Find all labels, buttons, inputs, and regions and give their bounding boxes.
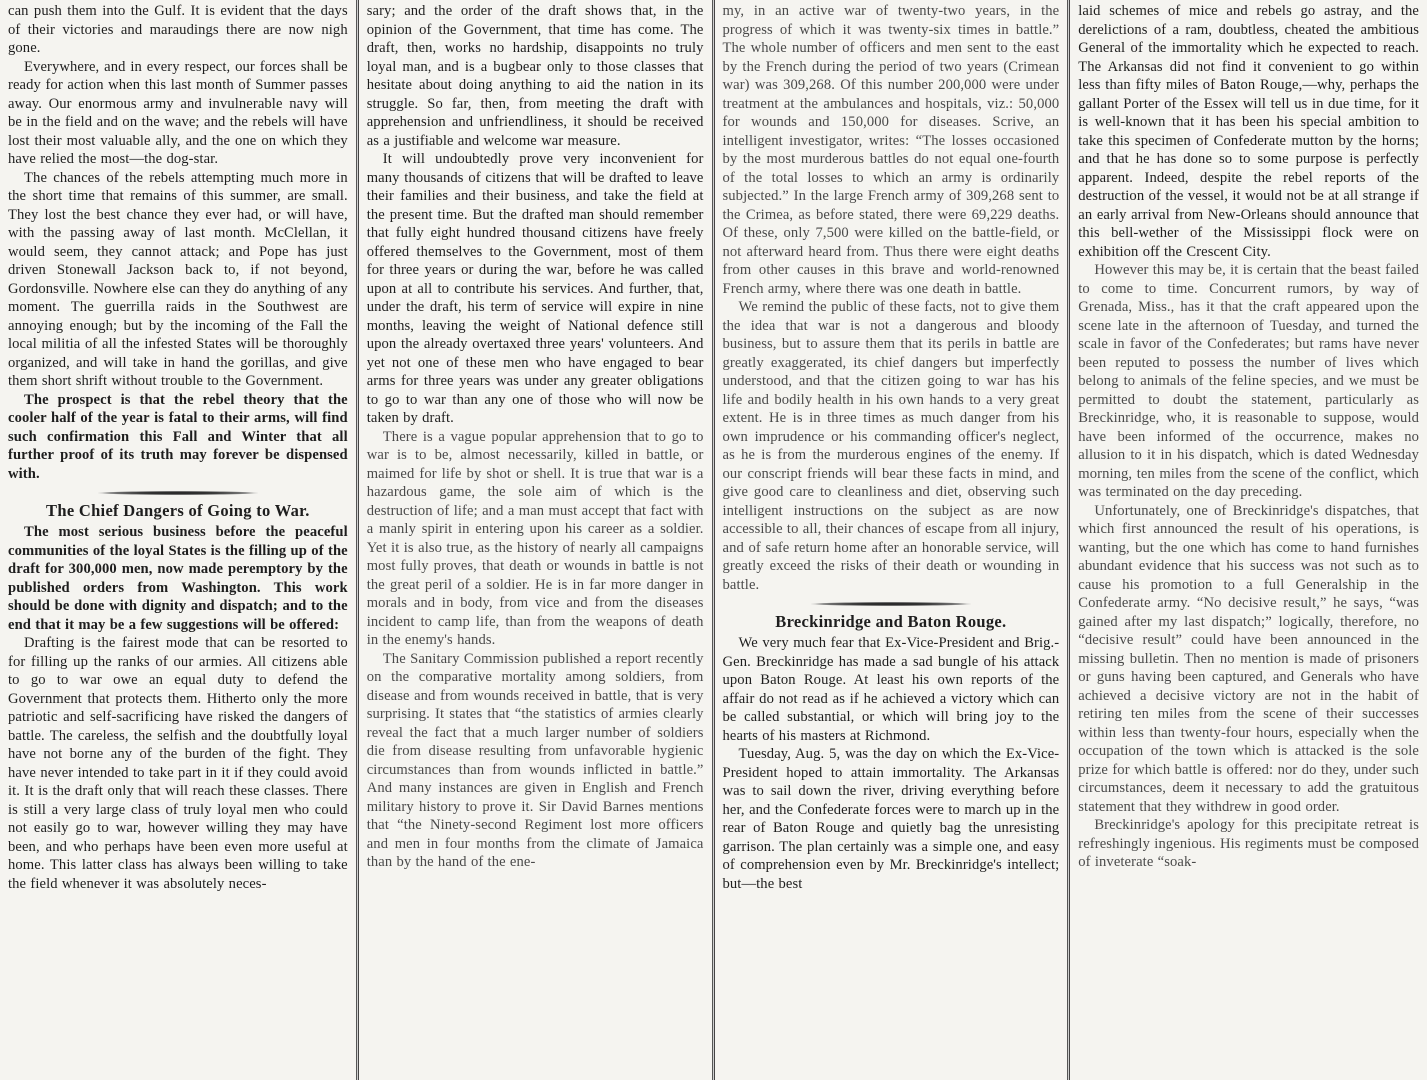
- paragraph: We very much fear that Ex-Vice-President…: [723, 634, 1060, 745]
- paragraph: Drafting is the fairest mode that can be…: [8, 634, 348, 893]
- paragraph: The Sanitary Commission published a repo…: [367, 650, 704, 872]
- section-divider: [98, 491, 258, 495]
- newspaper-page: can push them into the Gulf. It is evide…: [0, 0, 1427, 1080]
- column-1: can push them into the Gulf. It is evide…: [0, 0, 356, 1080]
- paragraph: my, in an active war of twenty-two years…: [723, 2, 1060, 298]
- paragraph: The chances of the rebels attempting muc…: [8, 169, 348, 391]
- paragraph: However this may be, it is certain that …: [1078, 261, 1419, 502]
- paragraph: Tuesday, Aug. 5, was the day on which th…: [723, 745, 1060, 893]
- column-2: sary; and the order of the draft shows t…: [359, 0, 712, 1080]
- paragraph: It will undoubtedly prove very inconveni…: [367, 150, 704, 428]
- article-headline-chief-dangers: The Chief Dangers of Going to War.: [8, 501, 348, 521]
- paragraph: Unfortunately, one of Breckinridge's dis…: [1078, 502, 1419, 817]
- paragraph: laid schemes of mice and rebels go astra…: [1078, 2, 1419, 261]
- article-headline-breckinridge: Breckinridge and Baton Rouge.: [723, 612, 1060, 632]
- paragraph: The most serious business before the pea…: [8, 523, 348, 634]
- paragraph-bold-conclusion: The prospect is that the rebel theory th…: [8, 391, 348, 484]
- paragraph: There is a vague popular apprehension th…: [367, 428, 704, 650]
- paragraph: We remind the public of these facts, not…: [723, 298, 1060, 594]
- column-3: my, in an active war of twenty-two years…: [715, 0, 1068, 1080]
- paragraph: can push them into the Gulf. It is evide…: [8, 2, 348, 58]
- section-divider: [811, 602, 971, 606]
- paragraph: sary; and the order of the draft shows t…: [367, 2, 704, 150]
- paragraph: Everywhere, and in every respect, our fo…: [8, 58, 348, 169]
- column-4: laid schemes of mice and rebels go astra…: [1070, 0, 1427, 1080]
- paragraph: Breckinridge's apology for this precipit…: [1078, 816, 1419, 872]
